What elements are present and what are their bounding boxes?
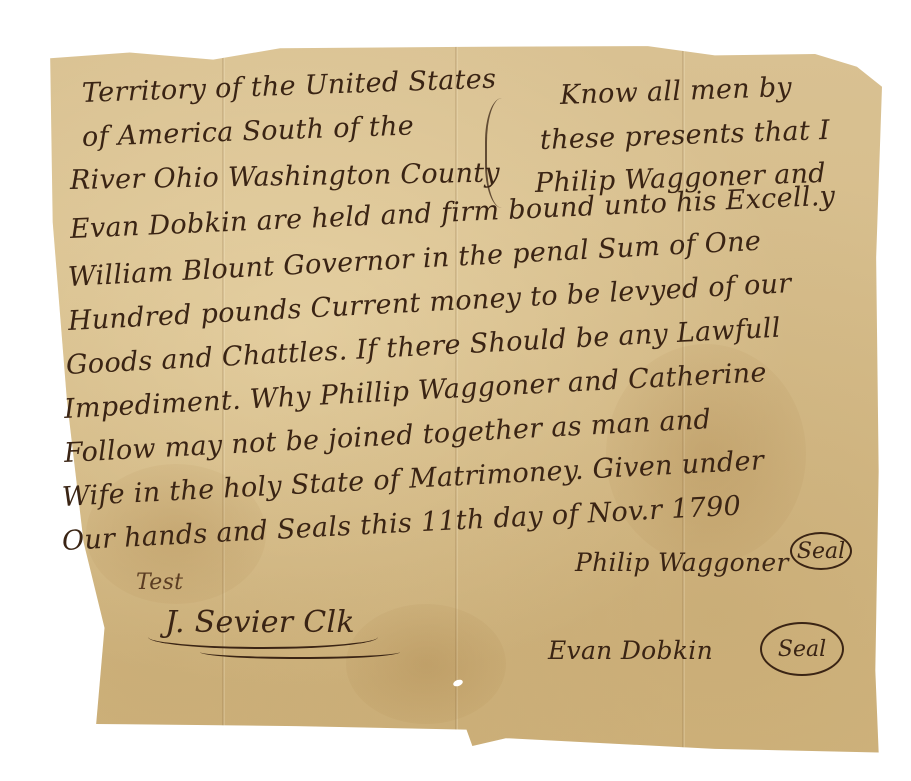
seal-label: Seal <box>797 539 845 564</box>
attest-label: Test <box>136 570 183 595</box>
signature-philip-waggoner: Philip Waggoner <box>575 548 789 577</box>
signature-flourish <box>200 645 400 659</box>
seal-mark: Seal <box>760 622 844 676</box>
age-stain <box>346 604 506 724</box>
signature-evan-dobkin: Evan Dobkin <box>548 636 713 665</box>
seal-label: Seal <box>778 637 826 662</box>
seal-mark: Seal <box>790 532 852 570</box>
bracket-brace <box>485 98 527 208</box>
